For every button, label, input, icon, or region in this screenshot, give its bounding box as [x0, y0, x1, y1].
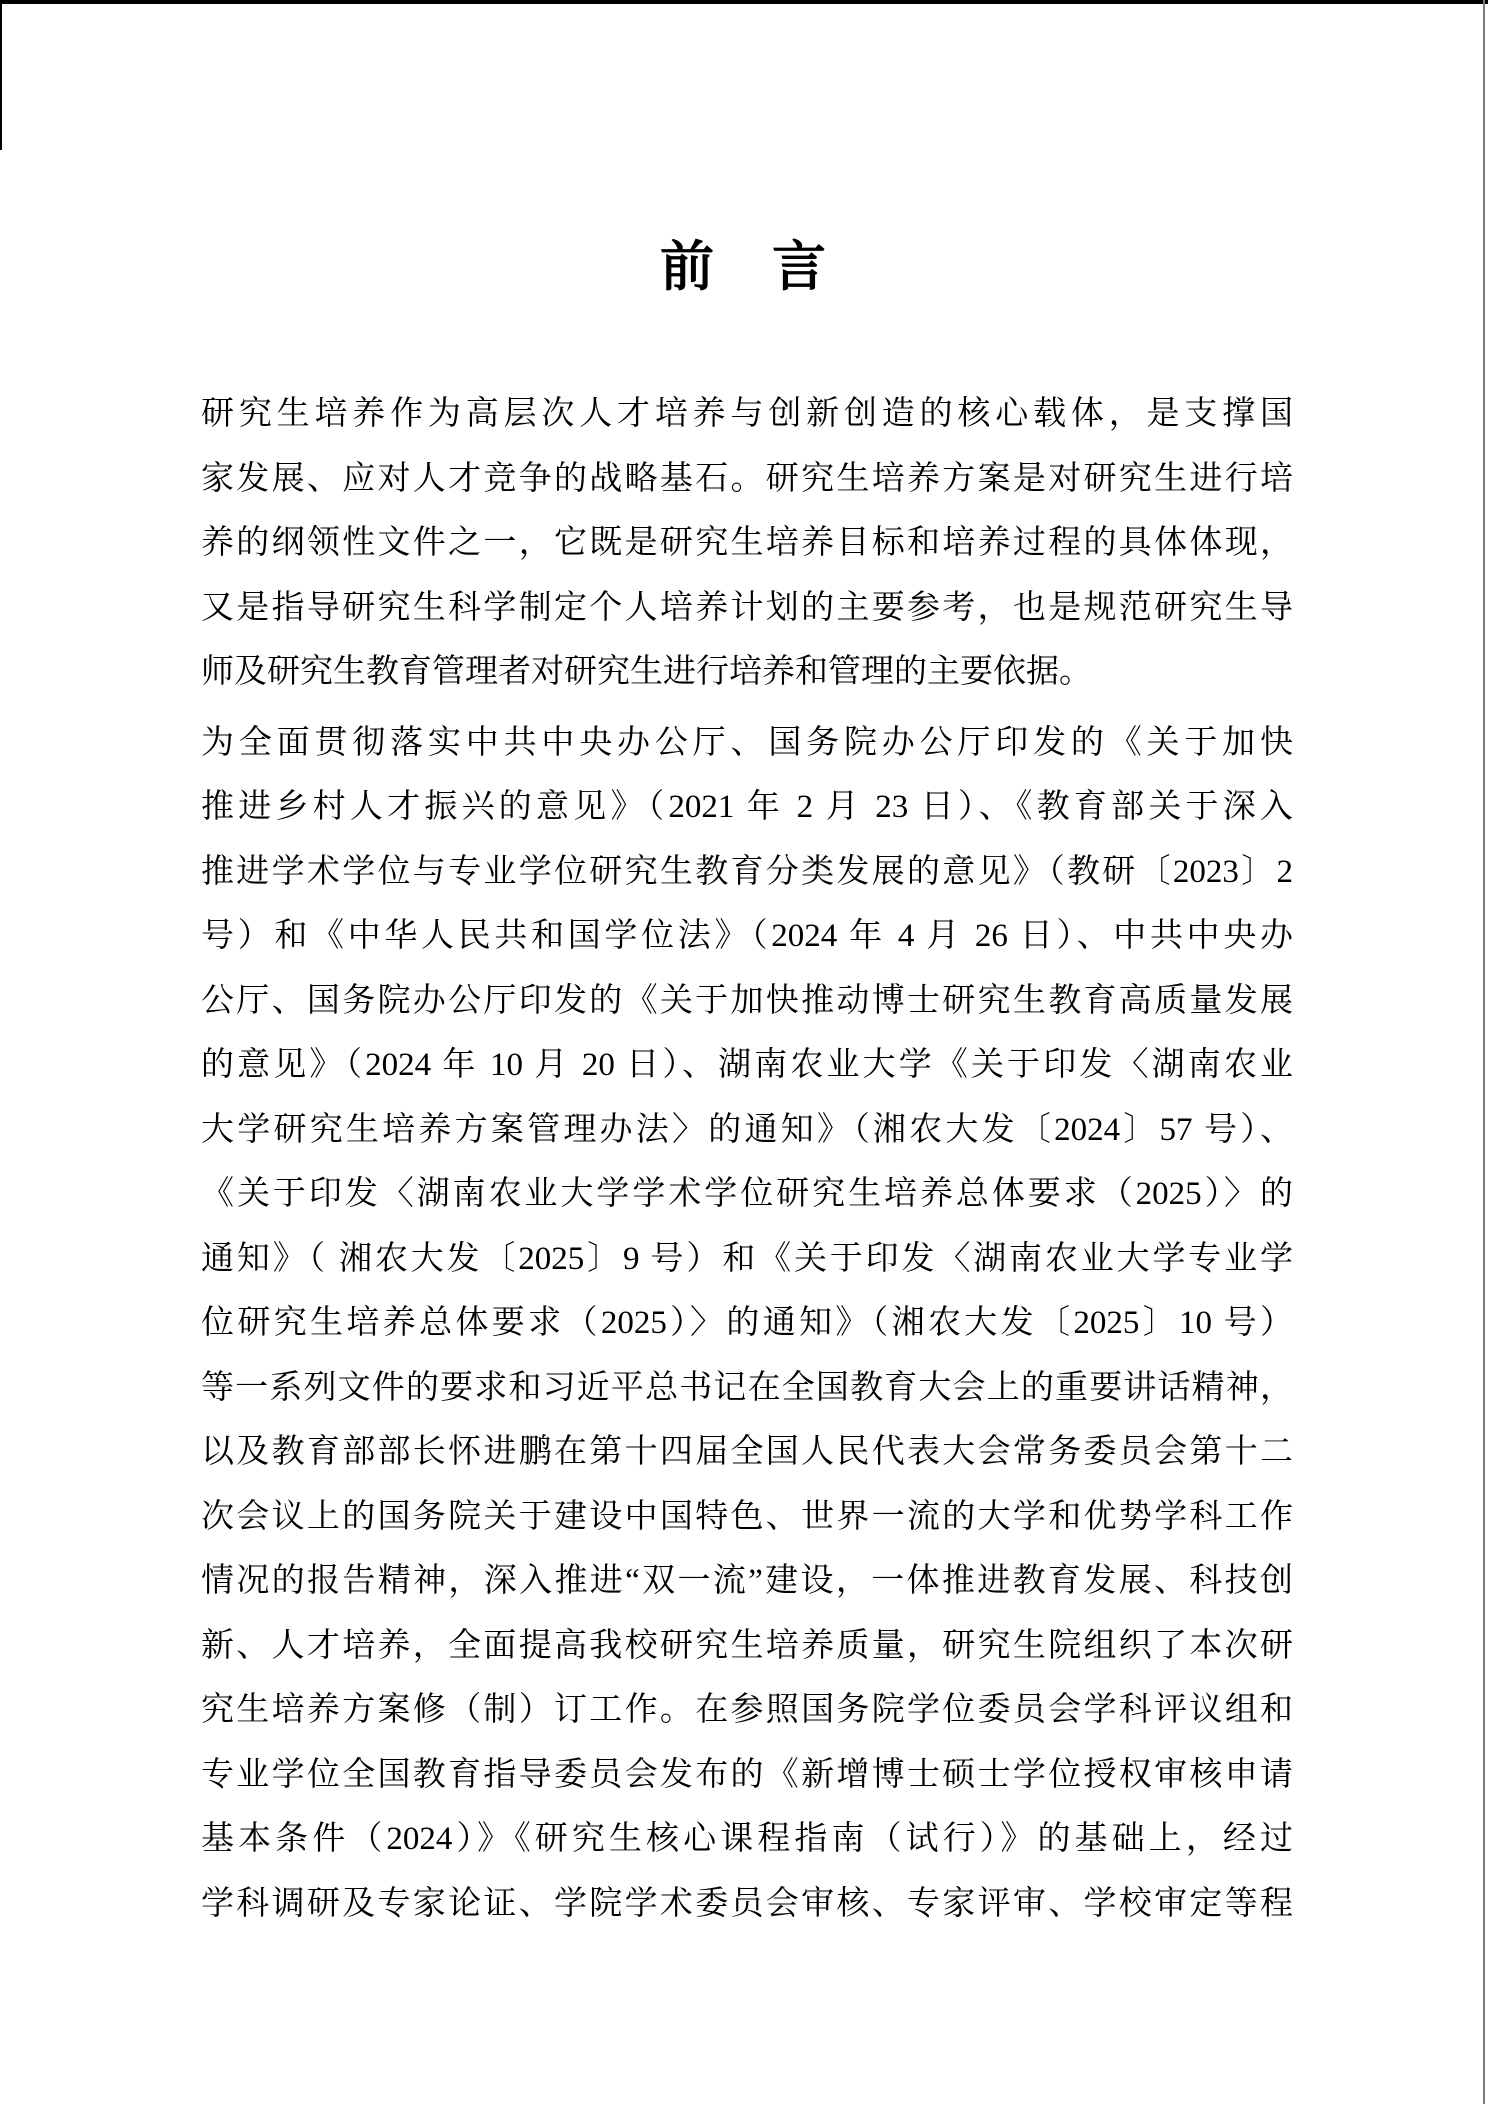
text-line: 推进乡村人才振兴的意见》（2021 年 2 月 23 日）、《教育部关于深入: [201, 775, 1293, 840]
text-line: 养的纲领性文件之一，它既是研究生培养目标和培养过程的具体体现，: [201, 511, 1293, 576]
text-line: 研究生培养作为高层次人才培养与创新创造的核心载体，是支撑国: [201, 382, 1293, 447]
text-line: 专业学位全国教育指导委员会发布的《新增博士硕士学位授权审核申请: [201, 1743, 1293, 1808]
text-line: 公厅、国务院办公厅印发的《关于加快推动博士研究生教育高质量发展: [201, 969, 1293, 1034]
text-line: 情况的报告精神，深入推进“双一流”建设，一体推进教育发展、科技创: [201, 1549, 1293, 1614]
paragraph-policy-basis: 为全面贯彻落实中共中央办公厅、国务院办公厅印发的《关于加快推进乡村人才振兴的意见…: [201, 711, 1293, 1937]
left-edge-tick: [0, 0, 2, 150]
text-line: 的意见》（2024 年 10 月 20 日）、湖南农业大学《关于印发〈湖南农业: [201, 1033, 1293, 1098]
paragraph-intro: 研究生培养作为高层次人才培养与创新创造的核心载体，是支撑国家发展、应对人才竞争的…: [201, 382, 1293, 705]
text-line: 基本条件（2024）》《研究生核心课程指南（试行）》的基础上，经过: [201, 1807, 1293, 1872]
text-line: 推进学术学位与专业学位研究生教育分类发展的意见》（教研〔2023〕2: [201, 840, 1293, 905]
text-line: 家发展、应对人才竞争的战略基石。研究生培养方案是对研究生进行培: [201, 447, 1293, 512]
text-line: 师及研究生教育管理者对研究生进行培养和管理的主要依据。: [201, 640, 1293, 705]
text-line: 号）和《中华人民共和国学位法》（2024 年 4 月 26 日）、中共中央办: [201, 904, 1293, 969]
text-line: 又是指导研究生科学制定个人培养计划的主要参考，也是规范研究生导: [201, 576, 1293, 641]
document-page: 前 言 研究生培养作为高层次人才培养与创新创造的核心载体，是支撑国家发展、应对人…: [0, 0, 1488, 2104]
text-line: 为全面贯彻落实中共中央办公厅、国务院办公厅印发的《关于加快: [201, 711, 1293, 776]
text-line: 次会议上的国务院关于建设中国特色、世界一流的大学和优势学科工作: [201, 1485, 1293, 1550]
top-edge-bar: [0, 0, 1488, 4]
text-line: 究生培养方案修（制）订工作。在参照国务院学位委员会学科评议组和: [201, 1678, 1293, 1743]
document-body: 研究生培养作为高层次人才培养与创新创造的核心载体，是支撑国家发展、应对人才竞争的…: [201, 382, 1293, 1936]
text-line: 《关于印发〈湖南农业大学学术学位研究生培养总体要求（2025）〉的: [201, 1162, 1293, 1227]
text-line: 大学研究生培养方案管理办法〉的通知》（湘农大发〔2024〕57 号）、: [201, 1098, 1293, 1163]
text-line: 以及教育部部长怀进鹏在第十四届全国人民代表大会常务委员会第十二: [201, 1420, 1293, 1485]
text-line: 学科调研及专家论证、学院学术委员会审核、专家评审、学校审定等程: [201, 1872, 1293, 1937]
text-line: 等一系列文件的要求和习近平总书记在全国教育大会上的重要讲话精神，: [201, 1356, 1293, 1421]
text-line: 通知》（ 湘农大发〔2025〕9 号）和《关于印发〈湖南农业大学专业学: [201, 1227, 1293, 1292]
page-title: 前 言: [0, 240, 1488, 294]
text-line: 位研究生培养总体要求（2025）〉的通知》（湘农大发〔2025〕10 号）: [201, 1291, 1293, 1356]
text-line: 新、人才培养，全面提高我校研究生培养质量，研究生院组织了本次研: [201, 1614, 1293, 1679]
right-edge-line: [1483, 0, 1485, 2104]
